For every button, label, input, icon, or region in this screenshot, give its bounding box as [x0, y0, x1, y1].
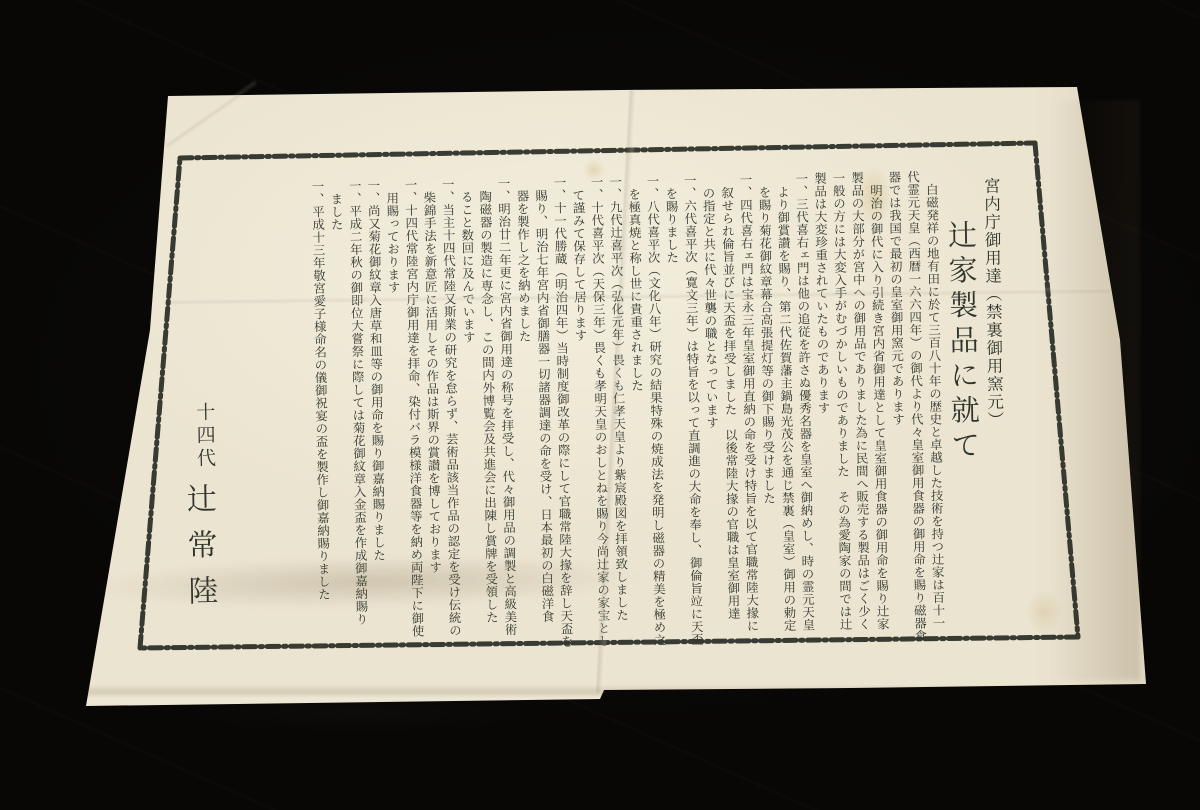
right-edge-shading	[1050, 100, 1140, 680]
signature-generation: 十四代	[193, 402, 215, 471]
